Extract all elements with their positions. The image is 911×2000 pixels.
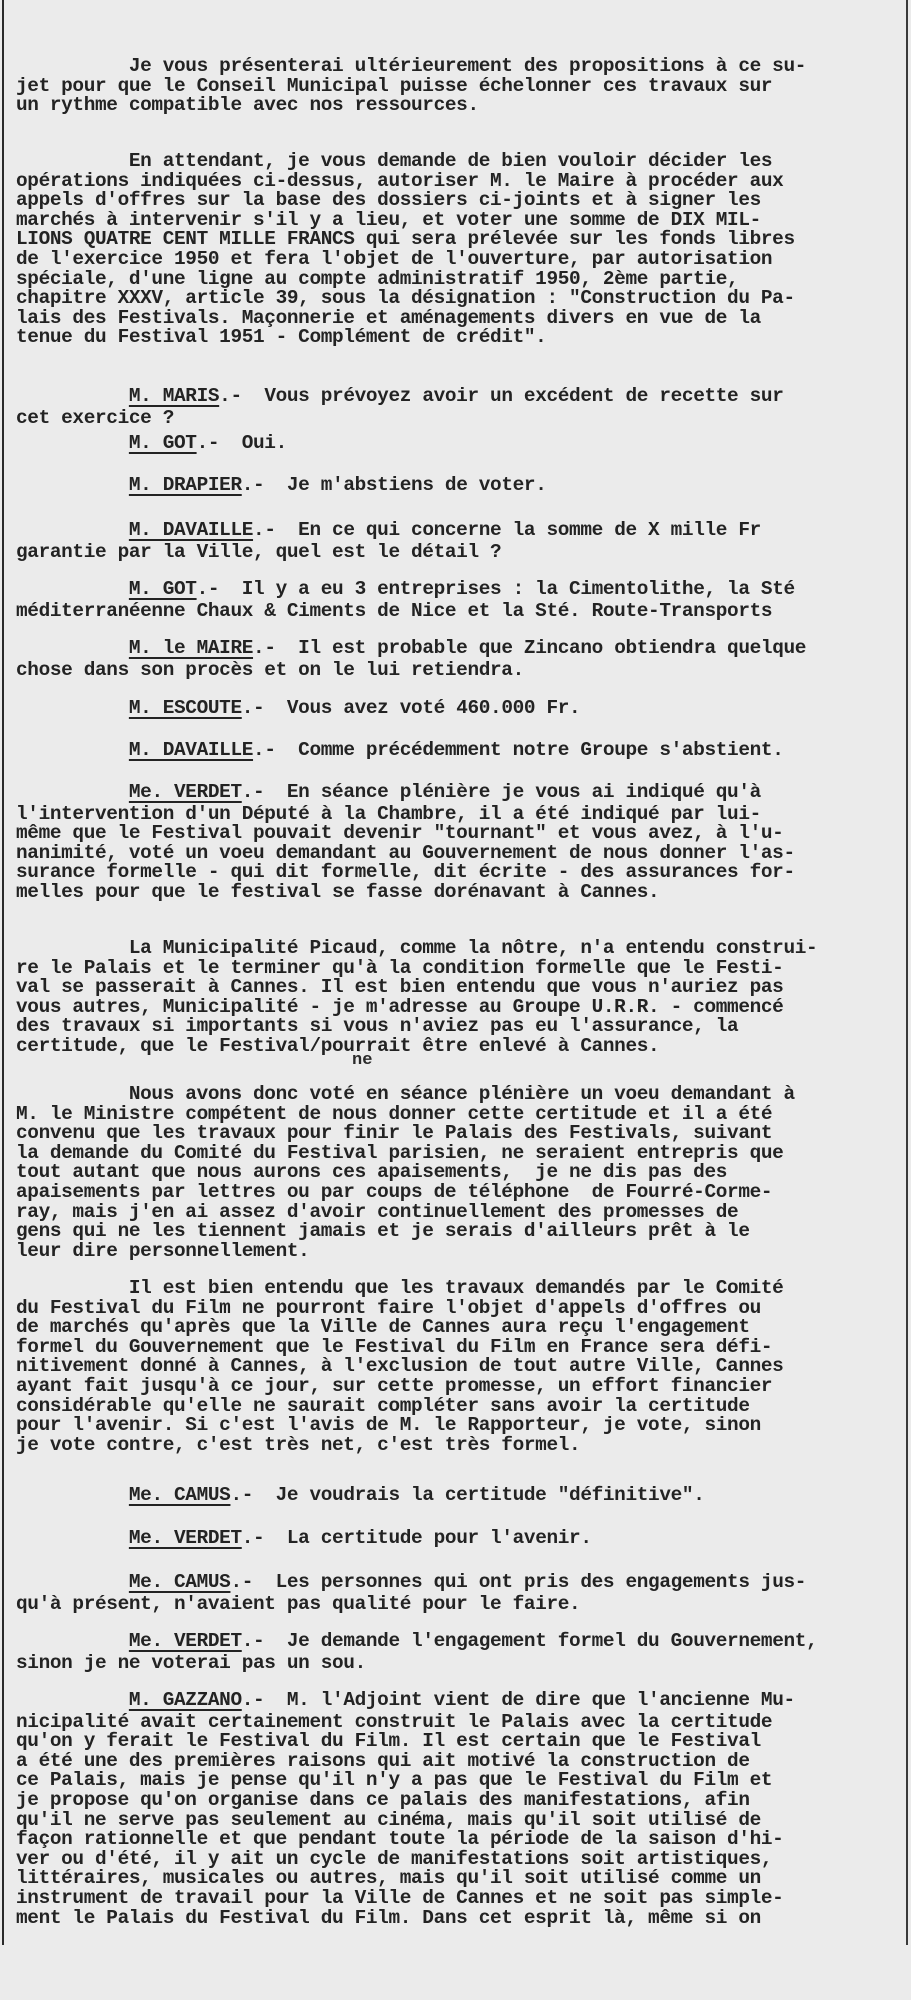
- speech-text: .- Les personnes qui ont pris des engage…: [230, 1571, 806, 1593]
- speaker-name: Me. VERDET: [129, 781, 242, 803]
- speech-text: .- Vous prévoyez avoir un excédent de re…: [219, 385, 783, 407]
- speech-text: .- Il est probable que Zincano obtiendra…: [253, 637, 806, 659]
- indent: [16, 1630, 129, 1652]
- indent: [16, 1527, 129, 1549]
- speech-text: .- En séance plénière je vous ai indiqué…: [242, 781, 761, 803]
- speaker-line: Me. VERDET.- La certitude pour l'avenir.: [16, 1527, 592, 1549]
- speech-text: .- Je m'abstiens de voter.: [242, 474, 547, 496]
- speaker-name: Me. CAMUS: [129, 1484, 231, 1506]
- text-line: melles pour que le festival se fasse dor…: [16, 881, 659, 903]
- speaker-name: Me. CAMUS: [129, 1571, 231, 1593]
- speech-text: .- La certitude pour l'avenir.: [242, 1527, 592, 1549]
- speaker-name: M. DAVAILLE: [129, 519, 253, 541]
- speaker-name: M. DAVAILLE: [129, 739, 253, 761]
- speaker-line: M. GOT.- Oui.: [16, 432, 287, 454]
- speaker-line: M. DRAPIER.- Je m'abstiens de voter.: [16, 474, 546, 496]
- indent: [16, 1571, 129, 1593]
- speaker-name: M. GOT: [129, 578, 197, 600]
- page-border-right: [906, 0, 908, 1945]
- speaker-line: M. GOT.- Il y a eu 3 entreprises : la Ci…: [16, 578, 795, 600]
- indent: [16, 385, 129, 407]
- speech-text: .- Vous avez voté 460.000 Fr.: [242, 697, 581, 719]
- text-line: un rythme compatible avec nos ressources…: [16, 94, 479, 116]
- speech-text: .- M. l'Adjoint vient de dire que l'anci…: [242, 1689, 795, 1711]
- indent: [16, 1484, 129, 1506]
- indent: [16, 578, 129, 600]
- speaker-name: M. DRAPIER: [129, 474, 242, 496]
- speech-text: .- Oui.: [197, 432, 287, 454]
- text-line: leur dire personnellement.: [16, 1240, 309, 1262]
- speaker-name: M. GAZZANO: [129, 1689, 242, 1711]
- speaker-line: M. le MAIRE.- Il est probable que Zincan…: [16, 637, 806, 659]
- text-line: certitude, que le Festival/pourrait être…: [16, 1035, 659, 1057]
- speaker-line: Me. CAMUS.- Je voudrais la certitude "dé…: [16, 1484, 704, 1506]
- indent: [16, 1689, 129, 1711]
- speech-text: .- Je voudrais la certitude "définitive"…: [230, 1484, 704, 1506]
- text-line: chose dans son procès et on le lui retie…: [16, 659, 524, 681]
- speaker-line: M. ESCOUTE.- Vous avez voté 460.000 Fr.: [16, 697, 580, 719]
- speaker-name: M. ESCOUTE: [129, 697, 242, 719]
- speaker-line: M. DAVAILLE.- Comme précédemment notre G…: [16, 739, 784, 761]
- speech-text: .- Il y a eu 3 entreprises : la Cimentol…: [197, 578, 795, 600]
- speaker-line: M. DAVAILLE.- En ce qui concerne la somm…: [16, 519, 761, 541]
- text-line: cet exercice ?: [16, 407, 174, 429]
- speech-text: .- En ce qui concerne la somme de X mill…: [253, 519, 761, 541]
- text-line: tenue du Festival 1951 - Complément de c…: [16, 326, 546, 348]
- handwritten-insert: ne: [352, 1051, 372, 1070]
- text-line: méditerranéenne Chaux & Ciments de Nice …: [16, 600, 772, 622]
- speech-text: .- Je demande l'engagement formel du Gou…: [242, 1630, 818, 1652]
- indent: [16, 637, 129, 659]
- text-line: je vote contre, c'est très net, c'est tr…: [16, 1434, 580, 1456]
- speech-text: .- Comme précédemment notre Groupe s'abs…: [253, 739, 783, 761]
- indent: [16, 474, 129, 496]
- text-line: ment le Palais du Festival du Film. Dans…: [16, 1907, 761, 1929]
- speaker-line: M. GAZZANO.- M. l'Adjoint vient de dire …: [16, 1689, 795, 1711]
- speaker-name: Me. VERDET: [129, 1527, 242, 1549]
- speaker-name: Me. VERDET: [129, 1630, 242, 1652]
- indent: [16, 697, 129, 719]
- text-line: sinon je ne voterai pas un sou.: [16, 1652, 366, 1674]
- speaker-line: Me. CAMUS.- Les personnes qui ont pris d…: [16, 1571, 806, 1593]
- text-line: qu'à présent, n'avaient pas qualité pour…: [16, 1593, 580, 1615]
- text-line: garantie par la Ville, quel est le détai…: [16, 541, 501, 563]
- page-border-left: [2, 0, 4, 1945]
- indent: [16, 519, 129, 541]
- indent: [16, 739, 129, 761]
- scanned-document-page: Je vous présenterai ultérieurement des p…: [0, 0, 911, 2000]
- indent: [16, 781, 129, 803]
- indent: [16, 432, 129, 454]
- speaker-name: M. GOT: [129, 432, 197, 454]
- speaker-line: Me. VERDET.- Je demande l'engagement for…: [16, 1630, 817, 1652]
- speaker-name: M. MARIS: [129, 385, 219, 407]
- speaker-line: Me. VERDET.- En séance plénière je vous …: [16, 781, 761, 803]
- speaker-line: M. MARIS.- Vous prévoyez avoir un excéde…: [16, 385, 784, 407]
- speaker-name: M. le MAIRE: [129, 637, 253, 659]
